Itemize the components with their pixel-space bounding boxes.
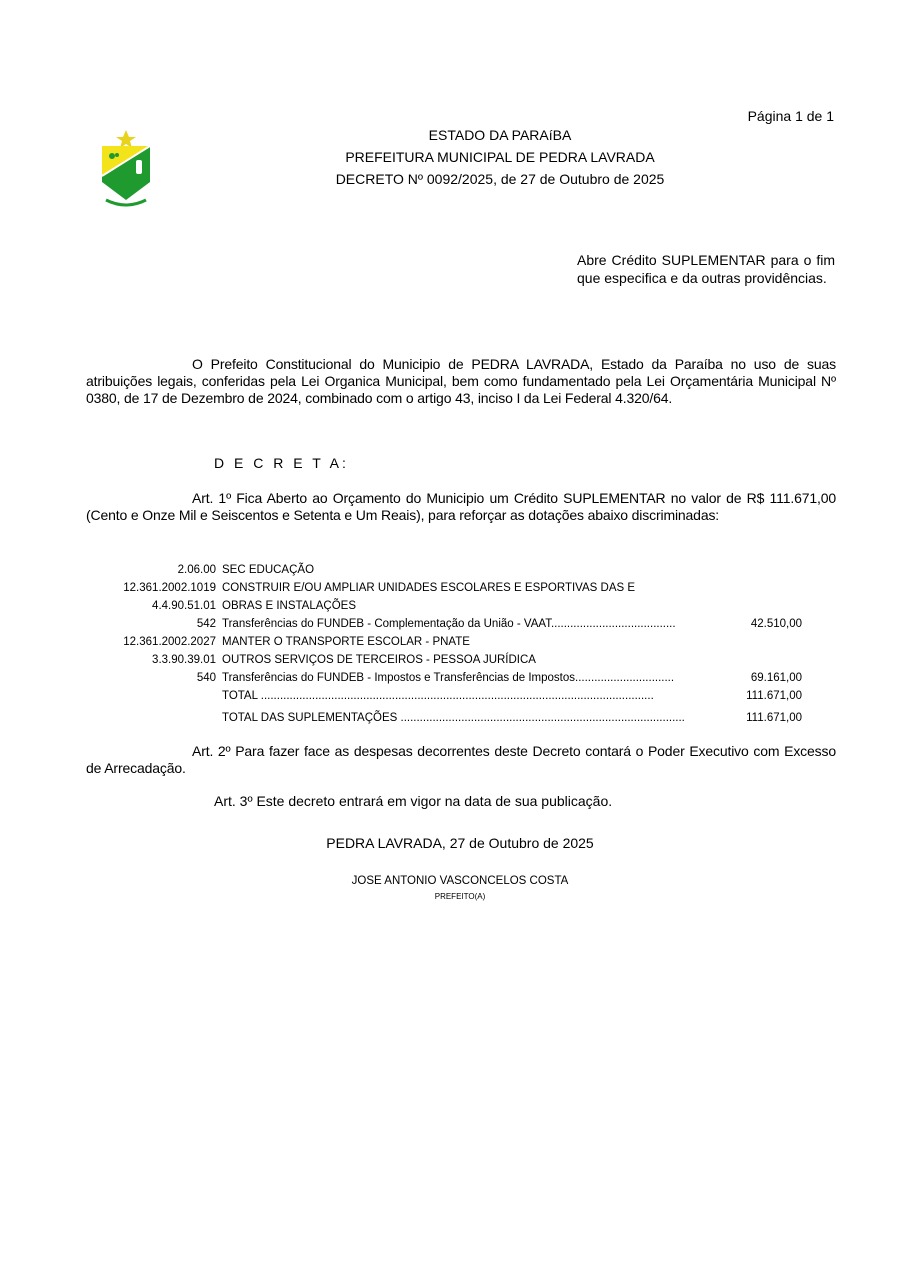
- row-description: Transferências do FUNDEB - Impostos e Tr…: [222, 670, 706, 687]
- row-code: 2.06.00: [56, 562, 216, 579]
- state-name: ESTADO DA PARAíBA: [250, 124, 750, 146]
- table-row: 4.4.90.51.01 OBRAS E INSTALAÇÕES: [86, 598, 806, 615]
- row-value: 69.161,00: [702, 670, 802, 687]
- municipality-name: PREFEITURA MUNICIPAL DE PEDRA LAVRADA: [250, 146, 750, 168]
- table-row: 12.361.2002.2027 MANTER O TRANSPORTE ESC…: [86, 634, 806, 651]
- coat-of-arms-icon: [98, 130, 154, 208]
- article-2: Art. 2º Para fazer face as despesas deco…: [86, 743, 836, 777]
- article-2-text: Art. 2º Para fazer face as despesas deco…: [86, 743, 836, 776]
- table-row: 3.3.90.39.01 OUTROS SERVIÇOS DE TERCEIRO…: [86, 652, 806, 669]
- row-code: 540: [56, 670, 216, 687]
- table-row: 540 Transferências do FUNDEB - Impostos …: [86, 670, 806, 687]
- row-code: 542: [56, 616, 216, 633]
- row-description: OBRAS E INSTALAÇÕES: [222, 598, 356, 615]
- row-description: CONSTRUIR E/OU AMPLIAR UNIDADES ESCOLARE…: [222, 580, 635, 597]
- table-grand-total-row: TOTAL DAS SUPLEMENTAÇÕES ...............…: [86, 710, 806, 727]
- table-row: 542 Transferências do FUNDEB - Complemen…: [86, 616, 806, 633]
- document-header: ESTADO DA PARAíBA PREFEITURA MUNICIPAL D…: [250, 124, 750, 190]
- row-description: SEC EDUCAÇÃO: [222, 562, 314, 579]
- article-1-text: Art. 1º Fica Aberto ao Orçamento do Muni…: [86, 490, 836, 523]
- row-value: 111.671,00: [702, 688, 802, 705]
- row-description: MANTER O TRANSPORTE ESCOLAR - PNATE: [222, 634, 470, 651]
- row-code: 12.361.2002.1019: [56, 580, 216, 597]
- row-code: 12.361.2002.2027: [56, 634, 216, 651]
- article-3: Art. 3º Este decreto entrará em vigor na…: [214, 793, 612, 809]
- row-code: 4.4.90.51.01: [56, 598, 216, 615]
- place-and-date: PEDRA LAVRADA, 27 de Outubro de 2025: [250, 835, 670, 851]
- preamble-paragraph: O Prefeito Constitucional do Municipio d…: [86, 356, 836, 407]
- row-value: 42.510,00: [702, 616, 802, 633]
- decree-title: DECRETO Nº 0092/2025, de 27 de Outubro d…: [250, 168, 750, 190]
- row-description: OUTROS SERVIÇOS DE TERCEIROS - PESSOA JU…: [222, 652, 536, 669]
- row-description: TOTAL DAS SUPLEMENTAÇÕES ...............…: [222, 710, 706, 727]
- signer-role: PREFEITO(A): [250, 892, 670, 901]
- ementa: Abre Crédito SUPLEMENTAR para o fim que …: [577, 252, 835, 287]
- article-1: Art. 1º Fica Aberto ao Orçamento do Muni…: [86, 490, 836, 524]
- table-row: 2.06.00 SEC EDUCAÇÃO: [86, 562, 806, 579]
- row-description: TOTAL ..................................…: [222, 688, 706, 705]
- row-code: 3.3.90.39.01: [56, 652, 216, 669]
- page-number: Página 1 de 1: [748, 108, 834, 124]
- row-description: Transferências do FUNDEB - Complementaçã…: [222, 616, 706, 633]
- preamble-text: O Prefeito Constitucional do Municipio d…: [86, 356, 836, 406]
- decreta-heading: D E C R E T A:: [214, 455, 349, 471]
- table-row: 12.361.2002.1019 CONSTRUIR E/OU AMPLIAR …: [86, 580, 806, 597]
- table-total-row: TOTAL ..................................…: [86, 688, 806, 705]
- signer-name: JOSE ANTONIO VASCONCELOS COSTA: [250, 875, 670, 887]
- row-value: 111.671,00: [702, 710, 802, 727]
